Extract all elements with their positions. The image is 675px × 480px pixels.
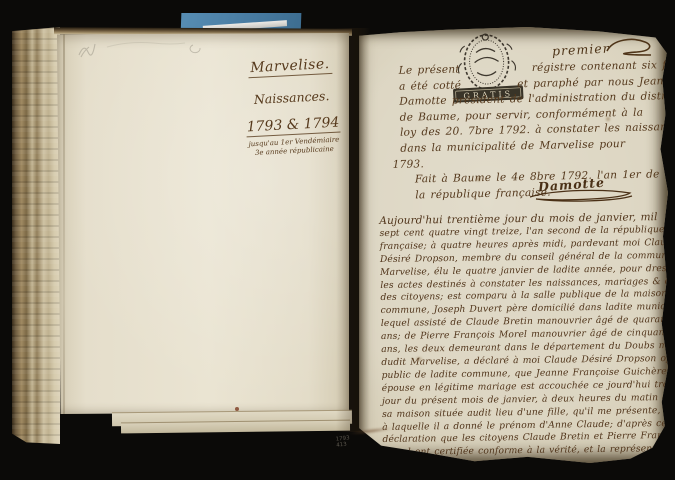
paraph-flourish-icon <box>603 35 655 61</box>
certificate-text: régistre contenant six feuillets <box>532 58 675 74</box>
entry-line: Morel ont certifiée conforme à la vérité… <box>383 443 671 460</box>
archival-photo: Marvelise. Naissances. 1793 & 1794 jusqu… <box>0 0 675 480</box>
page-crease <box>63 33 65 414</box>
annotation-subtitle: Naissances. <box>240 87 343 107</box>
certificate-text: et paraphé par nous Jean Baptiste <box>517 74 675 90</box>
gutter-note-line: 413 <box>336 441 351 448</box>
birth-entry-paragraph: Aujourd'hui trentième jour du mois de ja… <box>379 211 670 460</box>
folio-label: premier <box>552 41 610 59</box>
book-fore-edge <box>12 27 60 444</box>
certificate-text: Le présent <box>399 63 460 76</box>
annotation-years: 1793 & 1794 <box>245 115 340 138</box>
right-page: GRATIS premier Le présentrégistre conten… <box>356 27 668 463</box>
annotation-title: Marvelise. <box>248 56 332 78</box>
under-sheet <box>121 420 350 434</box>
archival-annotation: Marvelise. Naissances. 1793 & 1794 jusqu… <box>238 52 345 157</box>
gutter-pencil-notes: 1793 413 <box>335 435 350 448</box>
stamp-gap <box>461 87 517 88</box>
left-page: Marvelise. Naissances. 1793 & 1794 jusqu… <box>57 33 349 414</box>
signature-flourish-icon <box>526 187 636 205</box>
pencil-scribble <box>71 35 211 63</box>
certification-paragraph: Le présentrégistre contenant six feuille… <box>399 58 664 204</box>
stamp-gap <box>460 71 532 73</box>
certificate-text: a été cotté <box>399 79 461 92</box>
